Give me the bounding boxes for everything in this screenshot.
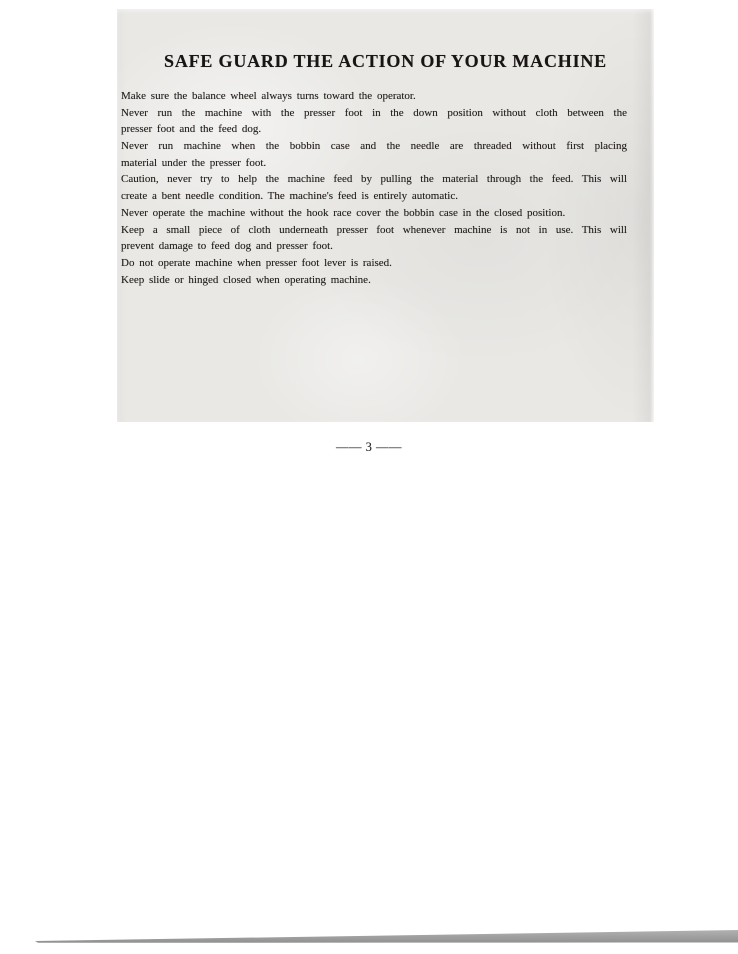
scanned-page-region: SAFE GUARD THE ACTION OF YOUR MACHINE Ma… [117,9,654,422]
text-line: create a bent needle condition. The mach… [121,188,627,205]
text-line: material under the presser foot. [121,155,627,172]
text-line: presser foot and the feed dog. [121,121,627,138]
page-number: —— 3 —— [0,440,738,455]
text-line: Keep a small piece of cloth underneath p… [121,222,627,239]
text-line: Keep slide or hinged closed when operati… [121,272,627,289]
text-line: Do not operate machine when presser foot… [121,255,627,272]
text-line: Caution, never try to help the machine f… [121,171,627,188]
document-page: SAFE GUARD THE ACTION OF YOUR MACHINE Ma… [0,0,738,954]
page-title: SAFE GUARD THE ACTION OF YOUR MACHINE [117,9,654,72]
text-line: Never run machine when the bobbin case a… [121,138,627,155]
text-line: Never operate the machine without the ho… [121,205,627,222]
text-line: Make sure the balance wheel always turns… [121,88,627,105]
scan-edge-artifact [0,928,738,946]
body-text: Make sure the balance wheel always turns… [121,88,627,288]
text-line: prevent damage to feed dog and presser f… [121,238,627,255]
text-line: Never run the machine with the presser f… [121,105,627,122]
